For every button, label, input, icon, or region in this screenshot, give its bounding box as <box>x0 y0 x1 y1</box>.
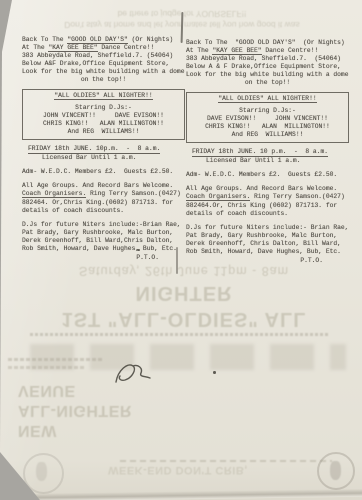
coach-discount-line: details of coach discounts. <box>186 210 349 218</box>
embossed-seal-stamp <box>23 453 64 494</box>
future-dj-line-2: Pat Brady, Gary Rushbrooke, Malc Burton, <box>186 232 349 240</box>
starring-label: Starring D.Js:- <box>188 107 347 115</box>
flyer-page: Don't stay at home and let your mates te… <box>0 0 362 500</box>
coach-phone-line: 882464.Or, Chris King (0602) 871713. for <box>186 202 349 210</box>
pto-label: P.T.O. <box>22 254 185 262</box>
ghost-illegible-line <box>30 333 330 336</box>
licensed-bar-line: Licensed Bar Until 1 a.m. <box>42 154 185 162</box>
ghost-left-line2: ALL-NIGHTER <box>18 400 188 420</box>
fold-crease-mark <box>176 247 178 274</box>
coach-phone-line: 882464. Or,Chris King.(0602) 871713. for <box>22 199 185 207</box>
pto-label: P.T.O. <box>186 257 349 265</box>
directions-line-3: on the top!! <box>22 76 185 84</box>
paper-bottom-fold-shadow <box>34 489 362 500</box>
dj-line-2: CHRIS KING!! ALAN MILLINGTON!! <box>188 123 347 131</box>
licensed-bar-line: Licensed Bar Until 1 a.m. <box>206 157 349 165</box>
ghost-dashed-underline <box>120 460 332 462</box>
intro-text: Dance Centre!! <box>262 47 319 54</box>
ghost-left-line3: VENUE <box>18 380 188 400</box>
intro-text: (Or Nights) <box>128 36 173 43</box>
future-dj-line-1: D.Js for future Niters include:- Brian R… <box>186 224 349 232</box>
ghost-middle-text: 1ST "ALL-OLDIES" ALL NIGHTER Saturday, 2… <box>28 262 340 332</box>
intro-line-2: At The "KAY GEE BEE" Dance Centre!! <box>186 47 349 55</box>
intro-text: Dance Centre!! <box>98 44 155 51</box>
dj-line-1: DAVE EVISON!! JOHN VINCENT!! <box>188 115 347 123</box>
coach-info: All Age Groups. And Record Bars Welcome.… <box>186 185 349 217</box>
venue-name-underlined: "KAY GEE BEE" <box>48 44 97 52</box>
coach-organisers-underlined: Coach Organisers. <box>22 190 86 198</box>
coach-info: All Age Groups. And Record Bars Welcome.… <box>22 182 185 214</box>
venue-name-underlined: "KAY GEE BEE" <box>212 47 261 55</box>
event-title-text: "ALL OLDIES" ALL NIGHTER!! <box>218 95 316 103</box>
future-dj-line-1: D.Js for future Niters include:-Brian Ra… <box>22 221 185 229</box>
ghost-illegible-line <box>8 358 104 361</box>
flyer-copy-left: Back To The "GOOD OLD DAY'S" (Or Nights)… <box>22 36 185 262</box>
ghost-illegible-line <box>8 366 86 369</box>
event-box: "ALL OLDIES" ALL NIGHTER!! Starring D.Js… <box>22 89 185 140</box>
future-djs: D.Js for future Niters include:- Brian R… <box>186 224 349 265</box>
ghost-left-text: NEW ALL-NIGHTER VENUE <box>18 380 188 440</box>
intro-text: At The <box>22 44 48 51</box>
coach-contact: Ring Terry Samson.(0427) <box>86 190 180 197</box>
ghost-left-line1: NEW <box>18 420 188 440</box>
intro-text: Back To The <box>22 36 67 43</box>
dj-line-1: JOHN VINCENT!! DAVE EVISON!! <box>24 112 183 120</box>
event-title: "ALL OLDIES" ALL NIGHTER!! <box>24 92 183 100</box>
ghost-middle-headline: 1ST "ALL-OLDIES" ALL NIGHTER <box>28 280 340 332</box>
intro-line-1: Back To The "GOOD OLD DAY'S" (Or Nights) <box>186 39 349 47</box>
future-djs: D.Js for future Niters include:-Brian Ra… <box>22 221 185 262</box>
seal-emblem <box>330 461 341 480</box>
event-date-line: FRIDAY 18th JUNE. 10p.m. - 8 a.m. <box>28 145 160 154</box>
coach-contact: Ring Terry Samson.(0427) <box>250 193 344 200</box>
event-box: "ALL OLDIES" ALL NIGHTER!! Starring D.Js… <box>186 92 349 143</box>
future-dj-line-3: Derek Greenhoff, Chris Dalton, Bill Ward… <box>186 240 349 248</box>
pen-squiggle-mark <box>110 358 156 394</box>
directions-line-3: on the top!! <box>186 79 349 87</box>
ghost-bottom-text: WEEK-END DON'T CRIB, <box>88 464 268 476</box>
dj-line-2: CHRIS KING!! ALAN MILLINGTON!! <box>24 120 183 128</box>
intro-line-2: At The "KAY GEE BEE" Dance Centre!! <box>22 44 185 52</box>
future-dj-line-4: Rob Smith, Howard, Dave Hughes, Bub, Etc… <box>186 248 349 256</box>
future-dj-line-2: Pat Brady, Gary Rushbrooke, Malc Burton, <box>22 229 185 237</box>
scanned-flyer-photo: Don't stay at home and let your mates te… <box>0 0 362 500</box>
future-dj-line-4: Rob Smith, Howard, Dave Hughes, Bub, Etc… <box>22 245 185 253</box>
event-title: "ALL OLDIES" ALL NIGHTER!! <box>188 95 347 103</box>
coach-organisers-line: Coach Organisers. Ring Terry Samson.(042… <box>186 193 349 201</box>
embossed-seal-stamp <box>317 452 355 490</box>
starring-label: Starring D.Js:- <box>24 104 183 112</box>
seal-emblem <box>36 462 47 481</box>
future-dj-line-3: Derek Greenhoff, Bill Ward,Chris Dalton, <box>22 237 185 245</box>
coach-organisers-underlined: Coach Organisers. <box>186 193 250 201</box>
ink-speck <box>137 249 140 251</box>
flyer-copy-right: Back To The "GOOD OLD DAY'S" (Or Nights)… <box>186 39 349 265</box>
event-name-underlined: "GOOD OLD DAY'S" <box>67 36 127 44</box>
dj-line-3: And REG WILLIAMS!! <box>24 128 183 136</box>
dj-line-3: And REG WILLIAMS!! <box>188 131 347 139</box>
event-title-text: "ALL OLDIES" ALL NIGHTER!! <box>54 92 152 100</box>
ink-speck <box>213 371 216 374</box>
admission-line: Adm- W.E.D.C. Members £2. Guests £2.50. <box>22 168 185 176</box>
intro-line-1: Back To The "GOOD OLD DAY'S" (Or Nights) <box>22 36 185 44</box>
event-date-line: FRIDAY 18th JUNE. 10 p.m. - 8 a.m. <box>192 148 328 157</box>
admission-line: Adm- W.E.D.C. Members £2. Guests £2.50. <box>186 171 349 179</box>
intro-text: At The <box>186 47 212 54</box>
coach-discount-line: details of coach discounts. <box>22 207 185 215</box>
coach-organisers-line: Coach Organisers. Ring Terry Samson.(042… <box>22 190 185 198</box>
